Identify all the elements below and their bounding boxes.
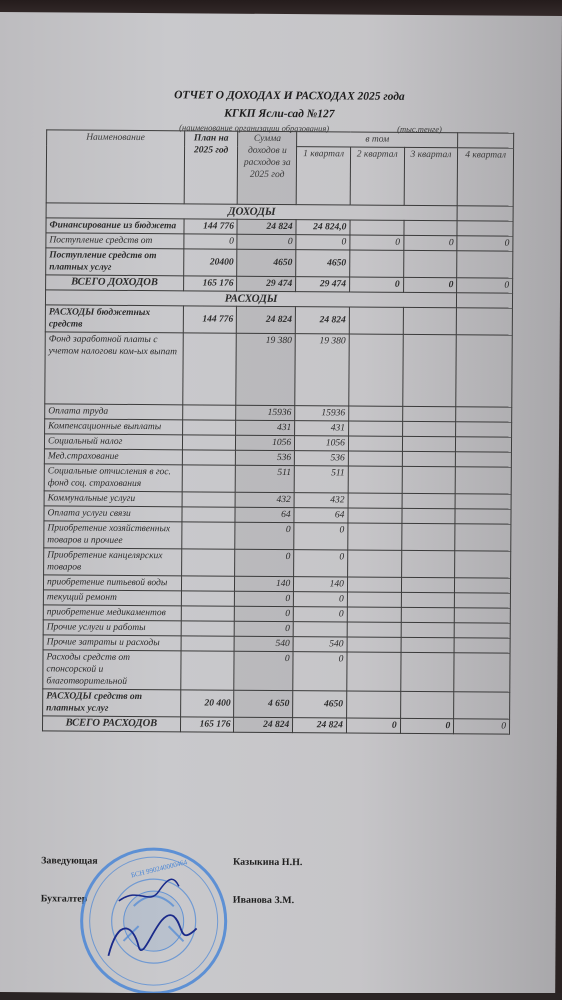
cell-plan: 20400 [183, 249, 237, 276]
cell-q3 [403, 307, 457, 334]
cell-q3 [401, 607, 455, 622]
background-bottom [0, 993, 562, 1000]
cell-q3: 0 [400, 718, 454, 733]
cell-q2 [346, 691, 400, 718]
total-row: ВСЕГО РАСХОДОВ165 17624 82424 824000 [42, 716, 509, 734]
cell-sum: 0 [235, 621, 294, 636]
cell-sum: 0 [235, 591, 294, 606]
cell-plan [183, 333, 237, 405]
cell-sum: 29 474 [237, 276, 296, 291]
cell-q1: 19 380 [295, 334, 349, 406]
cell-sum: 0 [235, 549, 294, 576]
cell-sum: 536 [236, 450, 295, 465]
cell-q3 [402, 436, 456, 451]
cell-sum: 511 [236, 465, 295, 492]
cell-plan [181, 591, 235, 606]
row-label: РАСХОДЫ средств от платных услуг [43, 689, 181, 717]
cell-q3 [401, 622, 455, 637]
cell-q2 [348, 451, 402, 466]
svg-text:БСН 990240000464: БСН 990240000464 [130, 858, 188, 879]
row-label: Поступление средств от [46, 233, 184, 249]
cell-q3 [402, 493, 456, 508]
row-label: Прочие затраты и расходы [43, 635, 181, 651]
cell-q4 [455, 509, 511, 524]
table-row: Поступление средств от платных услуг2040… [46, 248, 513, 278]
cell-q1: 4650 [293, 691, 347, 718]
cell-q2 [349, 334, 403, 406]
cell-plan [182, 492, 236, 507]
cell-q2 [347, 592, 401, 607]
row-label: Приобретение канцелярских товаров [44, 548, 182, 576]
cell-q1: 64 [294, 508, 348, 523]
cell-q4 [454, 638, 510, 653]
table-row: Расходы средств от спонсорской и благотв… [43, 650, 510, 692]
row-label: Оплата услуги связи [44, 506, 182, 522]
row-label: Оплата труда [45, 404, 183, 420]
cell-q4 [454, 623, 510, 638]
cell-q2 [347, 637, 401, 652]
header-q1: 1 квартал [296, 147, 350, 205]
cell-q1: 0 [294, 523, 348, 550]
cell-sum: 24 824 [234, 717, 293, 732]
cell-sum: 24 824 [237, 219, 296, 234]
official-stamp-icon: БСН 990240000464 [78, 846, 229, 997]
cell-sum: 140 [235, 576, 294, 591]
cell-q4 [455, 578, 511, 593]
cell-q2 [350, 220, 404, 235]
cell-q4 [455, 551, 511, 578]
cell-plan [182, 420, 236, 435]
row-label: ВСЕГО ДОХОДОВ [46, 275, 184, 291]
cell-q1: 540 [293, 637, 347, 652]
row-label: текущий ремонт [43, 590, 181, 606]
cell-q4 [456, 335, 512, 407]
cell-plan [182, 522, 236, 549]
cell-q4 [457, 221, 513, 236]
header-including: в том [297, 132, 458, 148]
cell-q3 [401, 577, 455, 592]
row-label: РАСХОДЫ бюджетных средств [45, 305, 183, 333]
cell-q2 [349, 406, 403, 421]
head-role: Заведующая [41, 855, 98, 866]
cell-plan [182, 405, 236, 420]
header-q3: 3 квартал [404, 147, 458, 205]
cell-plan [181, 576, 235, 591]
cell-q3 [401, 592, 455, 607]
cell-sum: 0 [235, 606, 294, 621]
section-blank [457, 293, 513, 308]
cell-q4 [456, 407, 512, 422]
cell-q1: 432 [294, 493, 348, 508]
cell-q2 [347, 607, 401, 622]
cell-q4 [456, 437, 512, 452]
cell-q2: 0 [350, 235, 404, 250]
cell-q3 [402, 451, 456, 466]
cell-sum: 19 380 [236, 333, 295, 405]
cell-sum: 0 [234, 651, 293, 690]
cell-q2 [349, 307, 403, 334]
row-label: Расходы средств от спонсорской и благотв… [43, 650, 181, 690]
row-label: приобретение медикаментов [43, 605, 181, 621]
table-row: Приобретение хозяйственных товаров и про… [44, 521, 511, 551]
cell-plan: 144 776 [183, 306, 237, 333]
cell-q1: 0 [294, 550, 348, 577]
header-sum: Сумма доходов и расходов за 2025 год [238, 131, 297, 204]
cell-q3 [401, 637, 455, 652]
row-label: Поступление средств от платных услуг [46, 248, 184, 276]
cell-q2: 0 [349, 277, 403, 292]
cell-plan: 165 176 [183, 276, 237, 291]
cell-q2 [350, 250, 404, 277]
cell-q1: 24 824,0 [296, 220, 350, 235]
cell-q3 [401, 550, 455, 577]
cell-sum: 1056 [236, 435, 295, 450]
cell-plan [182, 450, 236, 465]
header-q2: 2 квартал [350, 147, 404, 205]
cell-q4 [454, 653, 510, 692]
cell-q2 [347, 652, 401, 691]
row-label: Коммунальные услуги [44, 491, 182, 507]
cell-q1: 511 [294, 466, 348, 493]
row-label: Социальные отчисления в гос. фонд соц. с… [44, 464, 182, 492]
header-q4: 4 квартал [457, 148, 513, 206]
cell-q1: 0 [296, 235, 350, 250]
cell-q4 [455, 608, 511, 623]
cell-q1: 0 [293, 607, 347, 622]
cell-q1: 431 [295, 421, 349, 436]
cell-sum: 0 [237, 234, 296, 249]
cell-plan [181, 621, 235, 636]
section-blank [457, 206, 513, 221]
cell-q4 [457, 251, 513, 278]
cell-q2 [348, 523, 402, 550]
row-label: Финансирование из бюджета [46, 218, 184, 234]
cell-q3 [403, 250, 457, 277]
table-row: РАСХОДЫ средств от платных услуг20 4004 … [43, 689, 510, 719]
cell-plan [182, 465, 236, 492]
cell-q4 [457, 308, 513, 335]
cell-q2 [348, 436, 402, 451]
row-label: Мед.страхование [44, 449, 182, 465]
cell-sum: 432 [235, 492, 294, 507]
row-label: ВСЕГО РАСХОДОВ [42, 716, 180, 732]
cell-q1 [293, 622, 347, 637]
row-label: Прочие услуги и работы [43, 620, 181, 636]
income-expense-table: Наименование План на 2025 год Сумма дохо… [42, 129, 514, 734]
cell-plan: 144 776 [184, 219, 238, 234]
cell-q3 [400, 691, 454, 718]
cell-q1: 140 [294, 577, 348, 592]
cell-q3 [400, 652, 454, 691]
accountant-role: Бухгалтер [41, 893, 88, 904]
cell-q1: 15936 [295, 406, 349, 421]
row-label: Приобретение хозяйственных товаров и про… [44, 521, 182, 549]
cell-sum: 540 [234, 636, 293, 651]
table-row: Фонд заработной платы с учетом налогови … [45, 332, 512, 407]
cell-plan [181, 606, 235, 621]
cell-q4 [455, 494, 511, 509]
cell-q3 [402, 466, 456, 493]
head-name: Казыкина Н.Н. [233, 857, 302, 868]
cell-plan [181, 651, 235, 690]
cell-q3 [404, 220, 458, 235]
header-blank [458, 133, 514, 148]
cell-q3 [402, 334, 456, 406]
header-plan: План на 2025 год [184, 131, 238, 204]
cell-q4 [456, 422, 512, 437]
cell-q1: 0 [294, 592, 348, 607]
table-row: Приобретение канцелярских товаров00 [44, 548, 511, 578]
cell-plan [182, 435, 236, 450]
cell-sum: 64 [235, 507, 294, 522]
cell-q4: 0 [454, 719, 510, 734]
cell-sum: 431 [236, 420, 295, 435]
cell-sum: 4 650 [234, 690, 293, 717]
cell-q2: 0 [346, 718, 400, 733]
cell-q2 [347, 622, 401, 637]
cell-q3 [402, 508, 456, 523]
cell-q3 [401, 523, 455, 550]
cell-q4 [454, 692, 510, 719]
row-label: приобретение питьевой воды [43, 575, 181, 591]
cell-q4 [455, 524, 511, 551]
cell-q2 [347, 550, 401, 577]
cell-sum: 4650 [237, 249, 296, 276]
cell-plan: 0 [184, 234, 238, 249]
cell-plan [182, 507, 236, 522]
cell-q4 [455, 593, 511, 608]
organization-name: КГКП Ясли-сад №127 [149, 107, 409, 121]
cell-plan [181, 636, 235, 651]
report-title: ОТЧЕТ О ДОХОДАХ И РАСХОДАХ 2025 года [99, 89, 479, 104]
cell-q2 [348, 508, 402, 523]
cell-q2 [348, 466, 402, 493]
cell-q2 [348, 493, 402, 508]
cell-sum: 15936 [236, 405, 295, 420]
paper-sheet: ОТЧЕТ О ДОХОДАХ И РАСХОДАХ 2025 года КГК… [0, 12, 562, 996]
cell-q4: 0 [457, 236, 513, 251]
cell-plan: 165 176 [180, 717, 234, 732]
cell-q1: 536 [295, 451, 349, 466]
cell-q3 [402, 421, 456, 436]
table-row: РАСХОДЫ бюджетных средств144 77624 82424… [45, 305, 512, 335]
cell-plan: 20 400 [180, 690, 234, 717]
cell-sum: 0 [235, 522, 294, 549]
cell-q2 [348, 421, 402, 436]
cell-q4: 0 [457, 278, 513, 293]
cell-sum: 24 824 [237, 306, 296, 333]
row-label: Компенсационные выплаты [45, 419, 183, 435]
cell-plan [181, 549, 235, 576]
accountant-name: Иванова З.М. [233, 895, 294, 906]
cell-q1: 4650 [296, 250, 350, 277]
row-label: Социальный налог [44, 434, 182, 450]
cell-q1: 24 824 [293, 718, 347, 733]
cell-q4 [455, 467, 511, 494]
cell-q2 [347, 577, 401, 592]
header-name: Наименование [46, 130, 184, 204]
cell-q1: 29 474 [296, 277, 350, 292]
cell-q1: 0 [293, 652, 347, 691]
cell-q1: 24 824 [295, 307, 349, 334]
cell-q3 [402, 406, 456, 421]
table-row: Социальные отчисления в гос. фонд соц. с… [44, 464, 511, 494]
row-label: Фонд заработной платы с учетом налогови … [45, 332, 183, 405]
cell-q3: 0 [403, 235, 457, 250]
cell-q3: 0 [403, 277, 457, 292]
cell-q4 [456, 452, 512, 467]
cell-q1: 1056 [295, 436, 349, 451]
